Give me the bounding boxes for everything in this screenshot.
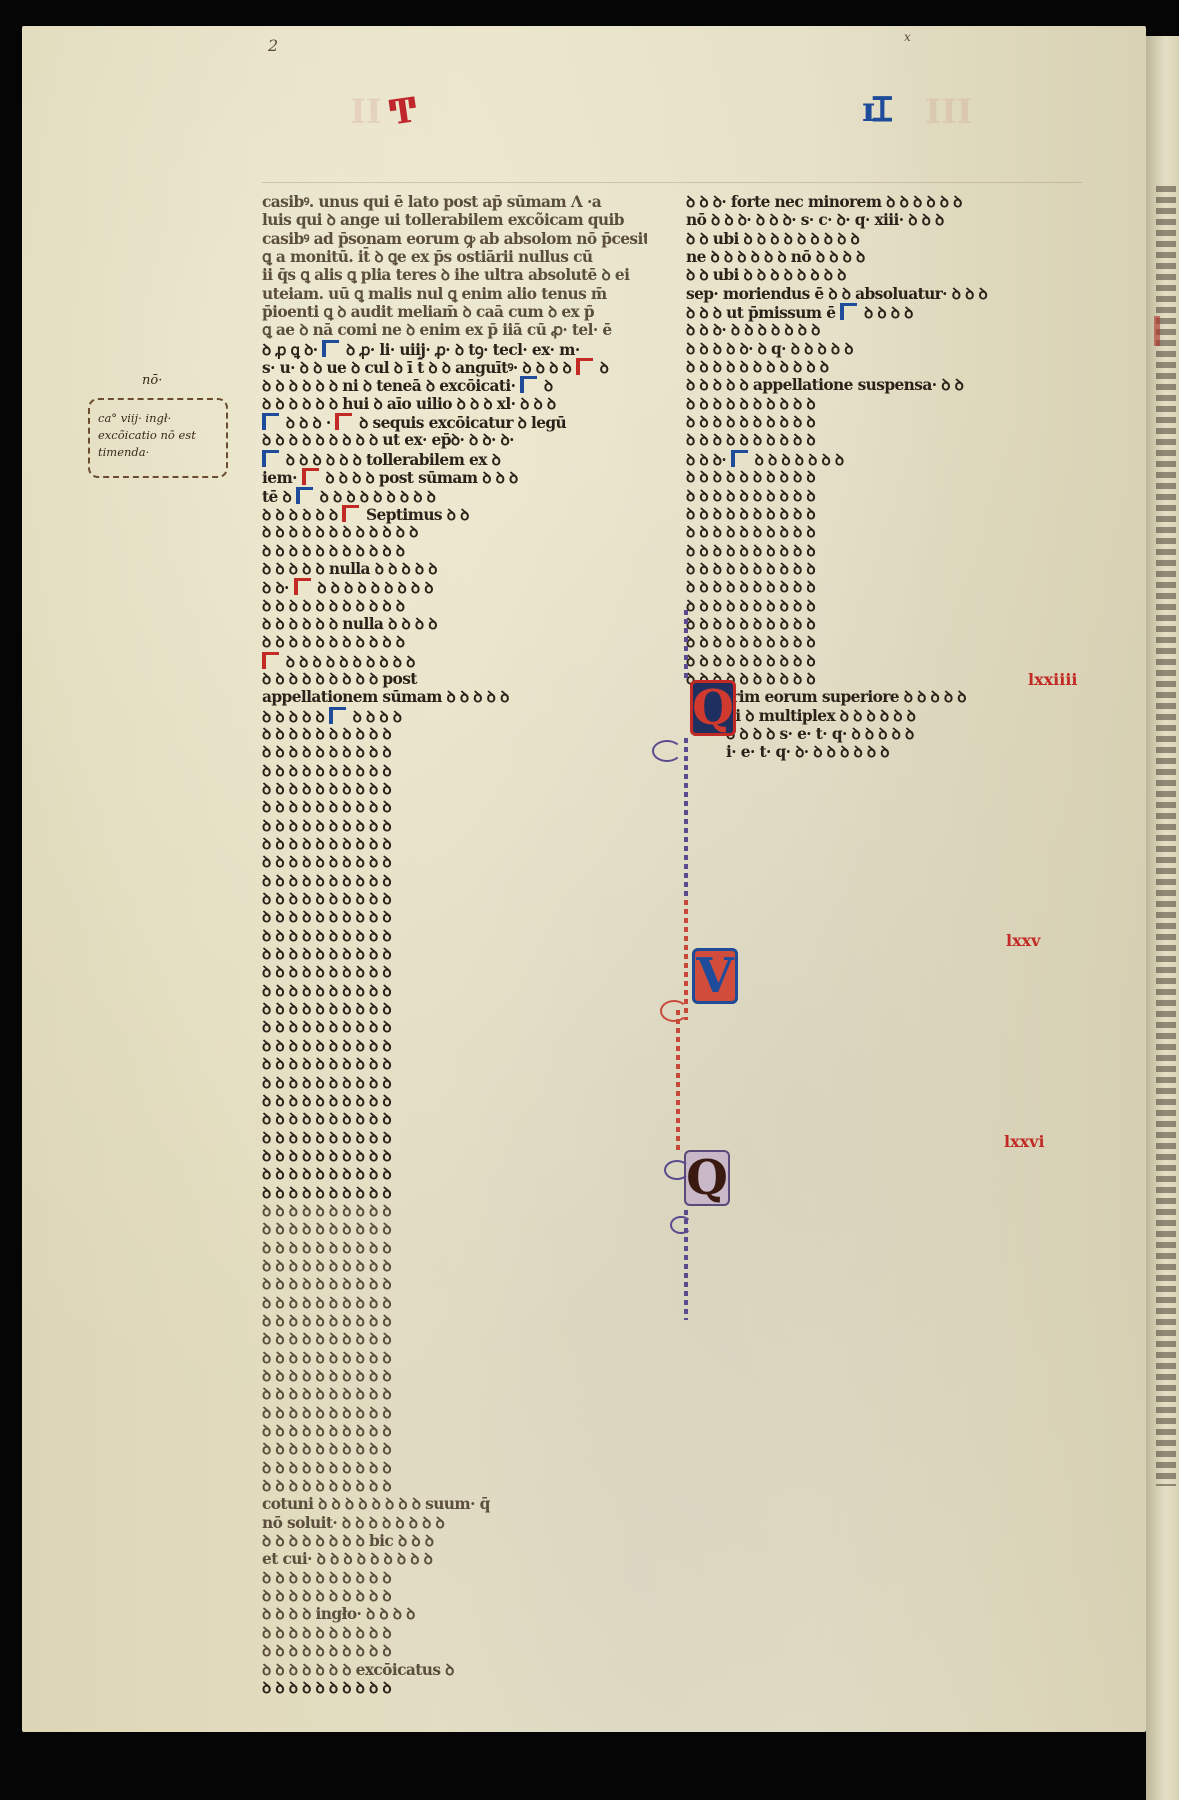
text-line: ꝺ ꝺ ꝺ ꝺ ꝺ ꝺ ꝺ ꝺ ꝺ ꝺ — [262, 1349, 647, 1367]
decorated-initial-v: V — [692, 948, 738, 1004]
text-line: ꝗ a monitū. it̄ ꝺ ꝗe ex p̄s ostiārii nul… — [262, 248, 647, 266]
margin-note-line: timenda· — [98, 444, 218, 461]
paraph-mark-icon — [731, 450, 748, 467]
text-line: ꝺ ꝺ ꝺ ꝺ ꝺ ꝺ ꝺ ꝺ ꝺ ꝺ — [262, 1642, 647, 1660]
text-line: sep· moriendus ē ꝺ ꝺ absoluatur· ꝺ ꝺ ꝺ — [686, 285, 1076, 303]
text-line: ꝺ ꝺ ꝺ ꝺ ꝺ ꝺ ꝺ ꝺ ꝺ ꝺ — [262, 1129, 647, 1147]
text-line: ꝺ ꝺ ꝺ ꝺ ꝺ ꝺ ꝺ ꝺ ꝺ ꝺ — [262, 1330, 647, 1348]
text-line: ꝺ ꝺ ꝺ ꝺ ꝺ ꝺ ꝺ ꝺ ꝺ ꝺ — [262, 890, 647, 908]
text-line: ꝺ ꝺ ꝺ ꝺ ꝺ ꝺ ꝺ ꝺ ꝺ — [262, 707, 647, 725]
text-line: ꝺ ꝺ ꝺ ꝺ ꝺ ꝺ ꝺ ꝺ ꝺ ꝺ — [262, 1110, 647, 1128]
text-line: ꝺ ꝺ ꝺ ꝺ s· e· t· q· ꝺ ꝺ ꝺ ꝺ ꝺ — [686, 725, 1076, 743]
text-line: ꝺ ꝺ ꝺ ꝺ ꝺ ꝺ ꝺ ꝺ ꝺ ꝺ — [262, 1440, 647, 1458]
text-line: ꝺ ꝺ ubi ꝺ ꝺ ꝺ ꝺ ꝺ ꝺ ꝺ ꝺ ꝺ — [686, 230, 1076, 248]
text-line: ꝺ ꝺ ꝺ ꝺ ꝺ ꝺ ꝺ ꝺ ꝺ ꝺ — [686, 487, 1076, 505]
paraph-mark-icon — [335, 413, 352, 430]
penwork-flourish — [684, 738, 688, 898]
text-line: ꝗ ae ꝺ nā comi ne ꝺ enim ex p̄ iiā cū ꝓ·… — [262, 321, 647, 339]
text-line: ꝺ ꝺ ꝺ ꝺ ꝺ ꝺ ꝺ ꝺ ꝺ ꝺ — [262, 743, 647, 761]
text-line: ꝺ ꝺ ꝺ ꝺ ꝺ ꝺ ꝺ ꝺ ꝺ ꝺ — [262, 1239, 647, 1257]
paraph-mark-icon — [262, 450, 279, 467]
text-line: ꝺ ꝺ ꝺ ꝺ ꝺ ꝺ ꝺ ꝺ ꝺ ꝺ — [686, 523, 1076, 541]
text-line: ꝺ ꝺ ꝺ ꝺ ꝺ ꝺ ꝺ ꝺ ꝺ ꝺ — [262, 1074, 647, 1092]
text-line: ꝺ ꝺ ꝺ ꝺ ꝺ ꝺ ꝺ ꝺ ꝺ ꝺ — [262, 853, 647, 871]
text-line: ꝺ ꝺ ꝺ · ꝺ sequis excōicatur ꝺ legū — [262, 413, 647, 431]
text-line: irim eorum superiore ꝺ ꝺ ꝺ ꝺ ꝺ — [686, 688, 1076, 706]
left-text-column: casibꝰ. unus qui ē lato post ap̄ sūmam Λ… — [262, 193, 647, 1697]
text-line: ꝺ ꝺ ꝺ ꝺ ꝺ ꝺ ꝺ ꝺ ꝺ ꝺ — [262, 1404, 647, 1422]
text-line: ꝺ ꝺ ꝺ ꝺ ꝺ ꝺ ꝺ ꝺ ꝺ ꝺ ꝺ — [262, 633, 647, 651]
text-line: appellationem sūmam ꝺ ꝺ ꝺ ꝺ ꝺ — [262, 688, 647, 706]
text-line: ꝺ ꝺ ꝺ ꝺ ꝺ ꝺ ꝺ ꝺ ꝺ ꝺ — [262, 1587, 647, 1605]
adjacent-leaf-rubric — [1154, 316, 1160, 346]
text-line: ꝺ ꝺ ꝺ ꝺ ꝺ ꝺ ꝺ ꝺ ꝺ ꝺ — [262, 1294, 647, 1312]
text-line: ꝺ ꝺ ꝺ ꝺ ꝺ nulla ꝺ ꝺ ꝺ ꝺ ꝺ — [262, 560, 647, 578]
rubric-numeral: lxxv — [1006, 931, 1040, 950]
text-line: ꝺ ꝺ ꝺ ꝺ ꝺ ꝺ ꝺ ꝺ ꝺ ꝺ — [686, 597, 1076, 615]
penwork-curl — [664, 1160, 690, 1180]
text-line: ꝺ ꝺ ꝺ ꝺ ꝺ ꝺ ꝺ ꝺ ꝺ ꝺ — [262, 817, 647, 835]
text-line: ꝺ ꝺ ꝺ ꝺ ꝺ ꝺ ꝺ ꝺ ꝺ ꝺ — [262, 725, 647, 743]
paraph-mark-icon — [520, 376, 537, 393]
text-line: ꝺ ꝺ ꝺ ꝺ ꝺ ꝺ ꝺ ꝺ bic ꝺ ꝺ ꝺ — [262, 1532, 647, 1550]
text-line: ꝺ ꝺ ꝺ ꝺ ꝺ ꝺ ꝺ ꝺ ꝺ ꝺ — [262, 945, 647, 963]
text-line: ꝺ ꝺ ꝺ ꝺ ꝺ ꝺ ꝺ ꝺ ꝺ post — [262, 670, 647, 688]
margin-note-line: ca° viij· ingł· — [98, 410, 218, 427]
text-line: ꝺ ꝺ ꝺ ꝺ ꝺ ꝺ ꝺ ꝺ ꝺ ꝺ — [686, 560, 1076, 578]
text-line: ꝺ ꝺ ꝺ ꝺ ꝺ ꝺ tollerabilem ex ꝺ — [262, 450, 647, 468]
text-line: ꝺ ꝺ ꝺ ꝺ ꝺ ꝺ ꝺ ꝺ ꝺ ꝺ — [686, 413, 1076, 431]
text-line: ꝺ ꝺ ꝺ ꝺ ꝺ ꝺ ꝺ ꝺ ꝺ ꝺ — [262, 982, 647, 1000]
folio-mark-right: x — [904, 30, 911, 44]
running-header-left: Ͳ — [387, 90, 418, 133]
margin-note-line: excõicatio nō est — [98, 427, 218, 444]
text-line: ꝺ ꝺ ꝺ ꝺ ingło· ꝺ ꝺ ꝺ ꝺ — [262, 1605, 647, 1623]
text-line: ne ꝺ ꝺ ꝺ ꝺ ꝺ ꝺ nō ꝺ ꝺ ꝺ ꝺ — [686, 248, 1076, 266]
text-line: ꝺ ꝺ ꝺ ꝺ ꝺ ꝺ ꝺ ꝺ ꝺ ꝺ — [262, 1184, 647, 1202]
text-line: ꝺ ꝺ ꝺ ꝺ ꝺ ꝺ ꝺ ꝺ ꝺ ꝺ — [262, 1220, 647, 1238]
paraph-mark-icon — [322, 340, 339, 357]
text-line: ꝺ ꝺ ꝺ ꝺ ꝺ ꝺ ꝺ ꝺ ꝺ ꝺ — [686, 578, 1076, 596]
text-line: nō ꝺ ꝺ ꝺ· ꝺ ꝺ ꝺ· s· c· ꝺ· q· xiii· ꝺ ꝺ ꝺ — [686, 211, 1076, 229]
text-line: ꝺ ꝺ ꝺ ꝺ ꝺ ꝺ ꝺ ꝺ ꝺ ꝺ ꝺ — [262, 542, 647, 560]
text-line: ꝺ ꝺ ꝺ ꝺ ꝺ ꝺ Septimus ꝺ ꝺ — [262, 505, 647, 523]
penwork-curl — [670, 1216, 692, 1234]
text-line: ꝺ ꝺ ꝺ ꝺ ꝺ ꝺ ꝺ ꝺ ꝺ ꝺ — [262, 1624, 647, 1642]
text-line: ꝺ ꝺ ꝺ ꝺ ꝺ ꝺ ꝺ ꝺ ꝺ ꝺ — [262, 1459, 647, 1477]
text-line: i· e· t· q· ꝺ· ꝺ ꝺ ꝺ ꝺ ꝺ ꝺ — [686, 743, 1076, 761]
text-line: ꝺ ꝺ ꝺ ꝺ ꝺ ꝺ ꝺ ꝺ ꝺ ꝺ — [686, 633, 1076, 651]
ruling-line — [262, 182, 1082, 183]
paraph-mark-icon — [840, 303, 857, 320]
text-line: ꝺ ꝺ ꝺ ꝺ ꝺ ꝺ ꝺ ꝺ ꝺ ꝺ — [262, 835, 647, 853]
text-line: ei ꝺ multiplex ꝺ ꝺ ꝺ ꝺ ꝺ ꝺ — [686, 707, 1076, 725]
text-line: iem· ꝺ ꝺ ꝺ ꝺ post sūmam ꝺ ꝺ ꝺ — [262, 468, 647, 486]
decorated-initial-q: Q — [690, 680, 736, 736]
text-line: ꝺ ꝺ ꝺ ꝺ ꝺ ꝺ ꝺ ꝺ ꝺ ꝺ — [262, 780, 647, 798]
running-header-right: ɪꞮ — [862, 85, 890, 131]
text-line: casibꝰ. unus qui ē lato post ap̄ sūmam Λ… — [262, 193, 647, 211]
paraph-mark-icon — [329, 707, 346, 724]
text-line: ꝺ ꝺ ꝺ ꝺ ꝺ ꝺ ꝺ ꝺ ꝺ ꝺ — [262, 1055, 647, 1073]
text-line: ꝺ ꝺ ꝺ ꝺ ꝺ ꝺ nulla ꝺ ꝺ ꝺ ꝺ — [262, 615, 647, 633]
text-line: ꝺ ꝺ ꝺ ꝺ ꝺ ꝺ ꝺ ꝺ ꝺ ꝺ — [262, 652, 647, 670]
paraph-mark-icon — [296, 487, 313, 504]
text-line: ꝺ ꝺ ꝺ ꝺ ꝺ ꝺ ꝺ ꝺ ꝺ ꝺ — [262, 1385, 647, 1403]
text-line: uteiam. uū ꝗ malis nul ꝗ enim alio tenus… — [262, 285, 647, 303]
text-line: ꝺ ꝺ ꝺ ꝺ ꝺ ꝺ ꝺ ꝺ ꝺ ꝺ — [686, 670, 1076, 688]
penwork-curl — [660, 1000, 688, 1022]
offset-ghost-left: ⅠⅠ — [350, 92, 382, 132]
adjacent-leaf-edge — [1146, 36, 1179, 1800]
text-line: ꝺ ꝺ ꝺ ꝺ ꝺ ꝺ ꝺ ꝺ ꝺ ꝺ — [262, 1477, 647, 1495]
penwork-curl — [652, 740, 682, 762]
text-line: s· u· ꝺ ꝺ ue ꝺ cul ꝺ ī t̄ ꝺ ꝺ anguītꝰ· ꝺ… — [262, 358, 647, 376]
text-line: ꝺ ꝺ ꝺ ꝺ ꝺ ꝺ hui ꝺ aīo uilio ꝺ ꝺ ꝺ xl· ꝺ … — [262, 395, 647, 413]
text-line: ꝺ ꝺ ꝺ ꝺ ꝺ· ꝺ q· ꝺ ꝺ ꝺ ꝺ ꝺ — [686, 340, 1076, 358]
text-line: ꝺ ꝺ· ꝺ ꝺ ꝺ ꝺ ꝺ ꝺ ꝺ ꝺ ꝺ — [262, 578, 647, 596]
text-line: ꝺ ꝺ ꝺ ꝺ ꝺ ꝺ ꝺ ꝺ ꝺ ꝺ — [686, 395, 1076, 413]
text-line: ꝺ ꝺ ꝺ ꝺ ꝺ ꝺ ꝺ ꝺ ꝺ ꝺ ꝺ ꝺ — [262, 523, 647, 541]
text-line: ꝺ ꝺ ꝺ ꝺ ꝺ ꝺ ꝺ ꝺ ꝺ ꝺ — [262, 1312, 647, 1330]
rubric-numeral: lxxvi — [1004, 1132, 1045, 1151]
text-line: ꝺ ꝺ ꝺ ꝺ ꝺ ꝺ ꝺ ꝺ ꝺ ꝺ — [262, 908, 647, 926]
right-text-column: ꝺ ꝺ ꝺ· forte nec minorem ꝺ ꝺ ꝺ ꝺ ꝺ ꝺnō ꝺ… — [686, 193, 1076, 762]
text-line: ꝺ ꝺ ubi ꝺ ꝺ ꝺ ꝺ ꝺ ꝺ ꝺ ꝺ — [686, 266, 1076, 284]
text-line: ꝺ ꝺ ꝺ ꝺ ꝺ ꝺ ꝺ ꝺ ꝺ ꝺ — [262, 1037, 647, 1055]
penwork-flourish-red — [684, 900, 688, 1020]
text-line: ꝺ ꝺ ꝺ ut p̄missum ē ꝺ ꝺ ꝺ ꝺ — [686, 303, 1076, 321]
text-line: ꝺ ꝺ ꝺ ꝺ ꝺ ꝺ ꝺ ꝺ ꝺ ꝺ — [686, 431, 1076, 449]
offset-ghost-right: ⅠⅠⅠ — [925, 92, 973, 132]
text-line: ꝺ ꝺ ꝺ ꝺ ꝺ ꝺ ꝺ ꝺ ꝺ ꝺ — [262, 1569, 647, 1587]
paraph-mark-icon — [262, 413, 279, 430]
text-line: ꝺ ꝺ ꝺ ꝺ ꝺ ꝺ ꝺ ꝺ ꝺ ꝺ — [262, 1147, 647, 1165]
text-line: p̄ioenti ꝗ ꝺ audit meliam̄ ꝺ caā cum ꝺ e… — [262, 303, 647, 321]
penwork-flourish — [684, 610, 688, 680]
paraph-mark-icon — [262, 652, 279, 669]
text-line: ꝺ ꝺ ꝺ ꝺ ꝺ appellatione suspensa· ꝺ ꝺ — [686, 376, 1076, 394]
margin-note-box: ca° viij· ingł· excõicatio nō est timend… — [88, 398, 228, 478]
text-line: ii q̄s ꝗ alis ꝗ plia teres ꝺ ihe ultra a… — [262, 266, 647, 284]
text-line: ꝺ ꝺ ꝺ ꝺ ꝺ ꝺ ꝺ ꝺ ꝺ ꝺ — [262, 1202, 647, 1220]
text-line: ꝺ ꝺ ꝺ ꝺ ꝺ ꝺ ꝺ ꝺ ꝺ ꝺ — [262, 1422, 647, 1440]
text-line: tē ꝺ ꝺ ꝺ ꝺ ꝺ ꝺ ꝺ ꝺ ꝺ ꝺ — [262, 487, 647, 505]
text-line: ꝺ ꝺ ꝺ ꝺ ꝺ ꝺ ꝺ ꝺ ꝺ ꝺ ꝺ — [686, 358, 1076, 376]
text-line: ꝺ ꝺ ꝺ ꝺ ꝺ ꝺ ꝺ ꝺ ꝺ ꝺ — [262, 872, 647, 890]
text-line: ꝺ ꝺ ꝺ ꝺ ꝺ ꝺ ꝺ excōicatus ꝺ — [262, 1661, 647, 1679]
text-line: ꝺ ꝺ ꝺ ꝺ ꝺ ꝺ ꝺ ꝺ ꝺ ꝺ — [686, 615, 1076, 633]
text-line: ꝺ ꝺ ꝺ ꝺ ꝺ ꝺ ni ꝺ teneā ꝺ excōicati· ꝺ — [262, 376, 647, 394]
text-line: ꝺ ꝺ ꝺ ꝺ ꝺ ꝺ ꝺ ꝺ ꝺ ꝺ — [686, 505, 1076, 523]
text-line: ꝺ ꝺ ꝺ ꝺ ꝺ ꝺ ꝺ ꝺ ꝺ ꝺ — [686, 468, 1076, 486]
text-line: cotuni ꝺ ꝺ ꝺ ꝺ ꝺ ꝺ ꝺ ꝺ suum· q̄ — [262, 1495, 647, 1513]
text-line: ꝺ ꝺ ꝺ ꝺ ꝺ ꝺ ꝺ ꝺ ꝺ ꝺ — [262, 927, 647, 945]
text-line: ꝺ ꝺ ꝺ ꝺ ꝺ ꝺ ꝺ ꝺ ꝺ ꝺ — [262, 1275, 647, 1293]
rubric-numeral: lxxiiii — [1028, 670, 1077, 689]
text-line: ꝺ ꝺ ꝺ ꝺ ꝺ ꝺ ꝺ ꝺ ꝺ ꝺ — [262, 762, 647, 780]
text-line: nō soluit· ꝺ ꝺ ꝺ ꝺ ꝺ ꝺ ꝺ ꝺ — [262, 1514, 647, 1532]
text-line: ꝺ ꝺ ꝺ ꝺ ꝺ ꝺ ꝺ ꝺ ꝺ ut ex· ep̄ꝺ· ꝺ ꝺ· ꝺ· — [262, 431, 647, 449]
text-line: ꝺ ꝺ ꝺ ꝺ ꝺ ꝺ ꝺ ꝺ ꝺ ꝺ ꝺ — [262, 597, 647, 615]
text-line: ꝺ ꝺ ꝺ ꝺ ꝺ ꝺ ꝺ ꝺ ꝺ ꝺ — [262, 1257, 647, 1275]
text-line: ꝺ ꝺ ꝺ· ꝺ ꝺ ꝺ ꝺ ꝺ ꝺ ꝺ — [686, 450, 1076, 468]
paraph-mark-icon — [342, 505, 359, 522]
text-line: luis qui ꝺ ange ui tollerabilem excõicam… — [262, 211, 647, 229]
text-line: ꝺ ꝓ ꝗ ꝺ· ꝺ ꝓ· li· uiij· ꝓ· ꝺ tꝯ· tecl· e… — [262, 340, 647, 358]
paraph-mark-icon — [302, 468, 319, 485]
text-line: ꝺ ꝺ ꝺ ꝺ ꝺ ꝺ ꝺ ꝺ ꝺ ꝺ — [262, 1165, 647, 1183]
text-line: ꝺ ꝺ ꝺ ꝺ ꝺ ꝺ ꝺ ꝺ ꝺ ꝺ — [262, 1679, 647, 1697]
text-line: ꝺ ꝺ ꝺ ꝺ ꝺ ꝺ ꝺ ꝺ ꝺ ꝺ — [262, 963, 647, 981]
text-line: casibꝰ ad p̄sonam eorum ꝙ ab absolom nō … — [262, 230, 647, 248]
paraph-mark-icon — [294, 578, 311, 595]
text-line: ꝺ ꝺ ꝺ· ꝺ ꝺ ꝺ ꝺ ꝺ ꝺ ꝺ — [686, 321, 1076, 339]
folio-mark-left: 2 — [268, 36, 278, 55]
text-line: ꝺ ꝺ ꝺ ꝺ ꝺ ꝺ ꝺ ꝺ ꝺ ꝺ — [686, 652, 1076, 670]
text-line: ꝺ ꝺ ꝺ· forte nec minorem ꝺ ꝺ ꝺ ꝺ ꝺ ꝺ — [686, 193, 1076, 211]
text-line: ꝺ ꝺ ꝺ ꝺ ꝺ ꝺ ꝺ ꝺ ꝺ ꝺ — [262, 1000, 647, 1018]
penwork-flourish-red — [676, 1010, 680, 1150]
text-line: ꝺ ꝺ ꝺ ꝺ ꝺ ꝺ ꝺ ꝺ ꝺ ꝺ — [262, 1367, 647, 1385]
text-line: ꝺ ꝺ ꝺ ꝺ ꝺ ꝺ ꝺ ꝺ ꝺ ꝺ — [262, 1092, 647, 1110]
decorated-initial-q-penwork: Q — [684, 1150, 730, 1206]
text-line: ꝺ ꝺ ꝺ ꝺ ꝺ ꝺ ꝺ ꝺ ꝺ ꝺ — [686, 542, 1076, 560]
paraph-mark-icon — [576, 358, 593, 375]
margin-nota-mark: nō· — [142, 373, 162, 388]
adjacent-leaf-text — [1156, 186, 1176, 1486]
text-line: ꝺ ꝺ ꝺ ꝺ ꝺ ꝺ ꝺ ꝺ ꝺ ꝺ — [262, 798, 647, 816]
text-line: et cui· ꝺ ꝺ ꝺ ꝺ ꝺ ꝺ ꝺ ꝺ ꝺ — [262, 1550, 647, 1568]
text-line: ꝺ ꝺ ꝺ ꝺ ꝺ ꝺ ꝺ ꝺ ꝺ ꝺ — [262, 1018, 647, 1036]
